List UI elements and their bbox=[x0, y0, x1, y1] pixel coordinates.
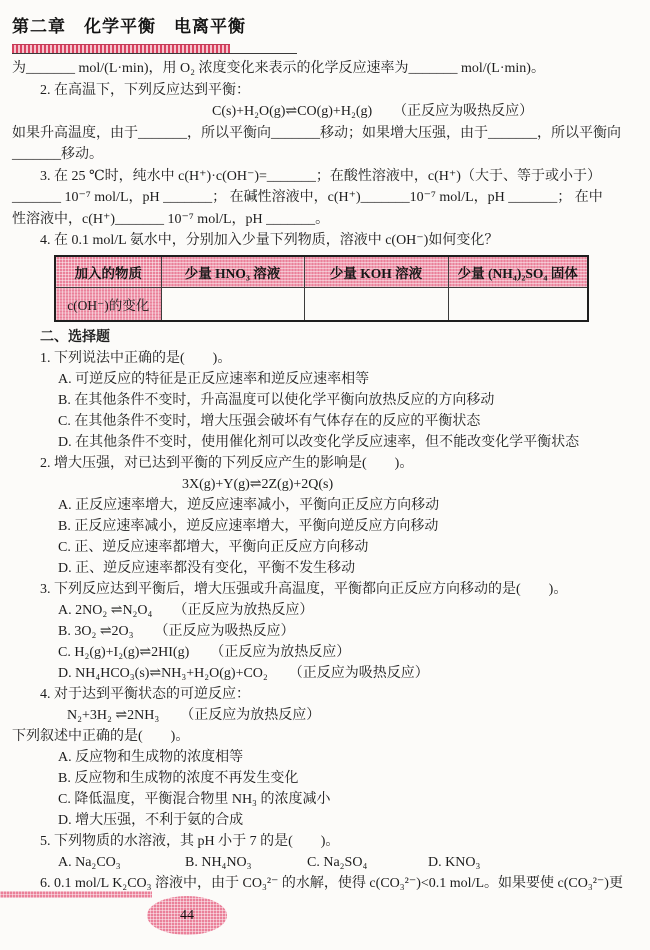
choice-q2-option-d: D. 正、逆反应速率都没有变化，平衡不发生移动 bbox=[12, 558, 638, 579]
choice-q5-option-b: B. NH₄NO₃ bbox=[185, 852, 307, 873]
choice-q3-option-c: C. H₂(g)+I₂(g)⇌2HI(g) （正反应为放热反应） bbox=[12, 642, 638, 663]
choice-q1-option-c: C. 在其他条件不变时，增大压强会破坏有气体存在的反应的平衡状态 bbox=[12, 411, 638, 432]
q4-table-header-row: 加入的物质 少量 HNO₃ 溶液 少量 KOH 溶液 少量 (NH₄)₂SO₄ … bbox=[55, 256, 588, 288]
q4-table-header-nh42so4: 少量 (NH₄)₂SO₄ 固体 bbox=[448, 256, 588, 288]
choice-q5-stem: 5. 下列物质的水溶液，其 pH 小于 7 的是( )。 bbox=[12, 831, 638, 852]
choice-q2-option-a: A. 正反应速率增大，逆反应速率减小，平衡向正反应方向移动 bbox=[12, 495, 638, 516]
fill-q2-equation: C(s)+H₂O(g)⇌CO(g)+H₂(g) （正反应为吸热反应） bbox=[12, 101, 638, 123]
choice-q1-option-d: D. 在其他条件不变时，使用催化剂可以改变化学反应速率，但不能改变化学平衡状态 bbox=[12, 432, 638, 453]
fill-q3-line2: _______ 10⁻⁷ mol/L，pH _______； 在碱性溶液中，c(… bbox=[12, 187, 638, 209]
fill-q2-stem: 2. 在高温下，下列反应达到平衡： bbox=[12, 80, 638, 102]
q4-table-cell-koh bbox=[304, 287, 448, 321]
choice-q1-option-b: B. 在其他条件不变时，升高温度可以使化学平衡向放热反应的方向移动 bbox=[12, 390, 638, 411]
fill-q4-stem: 4. 在 0.1 mol/L 氨水中，分别加入少量下列物质，溶液中 c(OH⁻)… bbox=[12, 230, 638, 252]
q4-table-answer-row: c(OH⁻)的变化 bbox=[55, 287, 588, 321]
choice-q3-option-a: A. 2NO₂ ⇌N₂O₄ （正反应为放热反应） bbox=[12, 600, 638, 621]
choice-section-title: 二、选择题 bbox=[12, 327, 638, 348]
choice-q3-stem: 3. 下列反应达到平衡后，增大压强或升高温度，平衡都向正反应方向移动的是( )。 bbox=[12, 579, 638, 600]
choice-q4-option-a: A. 反应物和生成物的浓度相等 bbox=[12, 747, 638, 768]
choice-q5-option-a: A. Na₂CO₃ bbox=[58, 852, 185, 873]
q4-table-row-label: c(OH⁻)的变化 bbox=[55, 287, 161, 321]
header-divider bbox=[12, 44, 638, 54]
fill-q3-line3: 性溶液中，c(H⁺)_______ 10⁻⁷ mol/L，pH _______。 bbox=[12, 209, 638, 231]
page-body: 为_______ mol/(L·min)，用 O₂ 浓度变化来表示的化学反应速率… bbox=[0, 54, 650, 894]
fill-in-section: 为_______ mol/(L·min)，用 O₂ 浓度变化来表示的化学反应速率… bbox=[12, 58, 638, 322]
fill-q2-line1: 如果升高温度，由于_______，所以平衡向_______移动；如果增大压强，由… bbox=[12, 123, 638, 145]
choice-q4-stem: 4. 对于达到平衡状态的可逆反应： bbox=[12, 684, 638, 705]
choice-q2-stem: 2. 增大压强，对已达到平衡的下列反应产生的影响是( )。 bbox=[12, 453, 638, 474]
chapter-title: 第二章 化学平衡 电离平衡 bbox=[12, 12, 638, 37]
textbook-page: 第二章 化学平衡 电离平衡 为_______ mol/(L·min)，用 O₂ … bbox=[0, 0, 650, 950]
choice-q4-equation: N₂+3H₂ ⇌2NH₃ （正反应为放热反应） bbox=[12, 705, 638, 726]
q4-table-header-substance: 加入的物质 bbox=[55, 256, 161, 288]
choice-q2-option-c: C. 正、逆反应速率都增大，平衡向正反应方向移动 bbox=[12, 537, 638, 558]
fill-q3-line1: 3. 在 25 ℃时，纯水中 c(H⁺)·c(OH⁻)=_______；在酸性溶… bbox=[12, 166, 638, 188]
choice-q5-option-c: C. Na₂SO₄ bbox=[307, 852, 428, 873]
header-stripe-band bbox=[12, 44, 230, 53]
choice-q4-option-b: B. 反应物和生成物的浓度不再发生变化 bbox=[12, 768, 638, 789]
footer-stripe-band bbox=[0, 891, 152, 898]
choice-q3-option-d: D. NH₄HCO₃(s)⇌NH₃+H₂O(g)+CO₂ （正反应为吸热反应） bbox=[12, 663, 638, 684]
multiple-choice-section: 二、选择题 1. 下列说法中正确的是( )。 A. 可逆反应的特征是正反应速率和… bbox=[12, 327, 638, 894]
choice-q2-equation: 3X(g)+Y(g)⇌2Z(g)+2Q(s) bbox=[12, 474, 638, 495]
q4-table: 加入的物质 少量 HNO₃ 溶液 少量 KOH 溶液 少量 (NH₄)₂SO₄ … bbox=[54, 255, 589, 322]
choice-q4-option-d: D. 增大压强，不利于氨的合成 bbox=[12, 810, 638, 831]
page-number: 44 bbox=[180, 908, 194, 924]
choice-q1-option-a: A. 可逆反应的特征是正反应速率和逆反应速率相等 bbox=[12, 369, 638, 390]
choice-q5-options-row: A. Na₂CO₃ B. NH₄NO₃ C. Na₂SO₄ D. KNO₃ bbox=[12, 852, 638, 873]
choice-q3-option-b: B. 3O₂ ⇌2O₃ （正反应为吸热反应） bbox=[12, 621, 638, 642]
choice-q1-stem: 1. 下列说法中正确的是( )。 bbox=[12, 348, 638, 369]
q4-table-cell-hno3 bbox=[161, 287, 304, 321]
fill-q1-continuation: 为_______ mol/(L·min)，用 O₂ 浓度变化来表示的化学反应速率… bbox=[12, 58, 638, 80]
choice-q4-substem: 下列叙述中正确的是( )。 bbox=[12, 726, 638, 747]
choice-q2-option-b: B. 正反应速率减小，逆反应速率增大，平衡向逆反应方向移动 bbox=[12, 516, 638, 537]
q4-table-cell-nh42so4 bbox=[448, 287, 588, 321]
fill-q2-line2: _______移动。 bbox=[12, 144, 638, 166]
choice-q5-option-d: D. KNO₃ bbox=[428, 852, 480, 873]
q4-table-header-koh: 少量 KOH 溶液 bbox=[304, 256, 448, 288]
page-header: 第二章 化学平衡 电离平衡 bbox=[0, 0, 650, 54]
choice-q4-option-c: C. 降低温度，平衡混合物里 NH₃ 的浓度减小 bbox=[12, 789, 638, 810]
q4-table-header-hno3: 少量 HNO₃ 溶液 bbox=[161, 256, 304, 288]
page-number-badge: 44 bbox=[147, 896, 227, 935]
